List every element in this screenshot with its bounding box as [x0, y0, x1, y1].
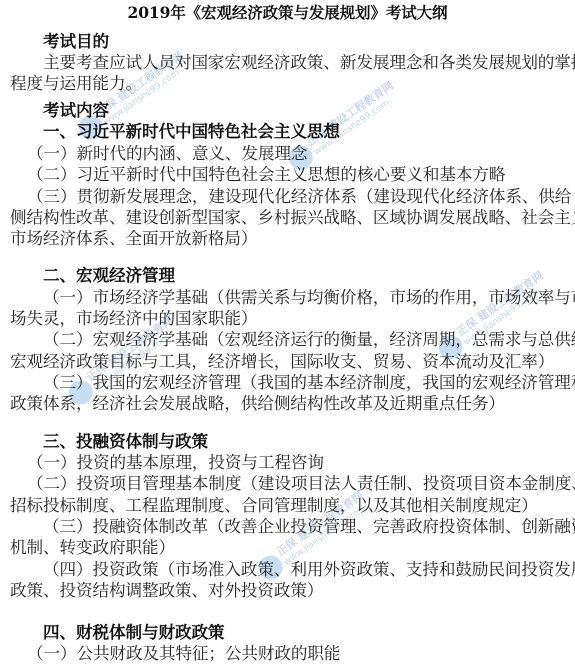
- part-heading-2: 二、宏观经济管理: [43, 265, 575, 286]
- purpose-text-line: 主要考查应试人员对国家宏观经济政策、新发展理念和各类发展规划的掌握: [43, 52, 575, 73]
- part-2-item-cont: 场失灵，市场经济中的国家职能）: [10, 308, 575, 329]
- part-3-item-cont: 政策、投资结构调整政策、对外投资政策）: [10, 580, 575, 601]
- section-heading-purpose: 考试目的: [43, 31, 575, 52]
- part-1-item: （三）贯彻新发展理念，建设现代化经济体系（建设现代化经济体系、供给: [27, 186, 575, 207]
- part-4-item: （一）公共财政及其特征；公共财政的职能: [27, 643, 575, 664]
- part-3-item: （一）投资的基本原理，投资与工程咨询: [27, 452, 575, 473]
- part-3-item-cont: 机制、转变政府职能）: [10, 537, 575, 558]
- part-1-item-cont: 市场经济体系、全面开放新格局）: [10, 228, 575, 249]
- document-title: 2019年《宏观经济政策与发展规划》考试大纲: [0, 2, 575, 23]
- part-1-item: （二）习近平新时代中国特色社会主义思想的核心要义和基本方略: [27, 164, 575, 185]
- part-3-item: （三）投融资体制改革（改善企业投资管理、完善政府投资体制、创新融资: [43, 516, 575, 537]
- part-2-item-cont: 宏观经济政策目标与工具，经济增长，国际收支、贸易、资本流动及汇率）: [10, 351, 575, 372]
- part-1-item-cont: 侧结构性改革、建设创新型国家、乡村振兴战略、区域协调发展战略、社会主义: [10, 207, 575, 228]
- part-2-item: （一）市场经济学基础（供需关系与均衡价格，市场的作用，市场效率与市: [43, 287, 575, 308]
- exam-outline-document: 正保 建设工程教育网 www.jianshe99.com 正保 建设工程教育网 …: [0, 0, 575, 664]
- part-heading-4: 四、财税体制与财政政策: [43, 622, 575, 643]
- part-3-item: （四）投资政策（市场准入政策、利用外资政策、支持和鼓励民间投资发展: [43, 559, 575, 580]
- part-heading-1: 一、习近平新时代中国特色社会主义思想: [43, 121, 575, 142]
- part-2-item-cont: 政策体系，经济社会发展战略，供给侧结构性改革及近期重点任务）: [10, 393, 575, 414]
- purpose-text-line: 程度与运用能力。: [10, 73, 575, 94]
- section-heading-content: 考试内容: [43, 100, 575, 121]
- part-2-item: （二）宏观经济学基础（宏观经济运行的衡量，经济周期，总需求与总供给，: [43, 329, 575, 350]
- part-1-item: （一）新时代的内涵、意义、发展理念: [27, 143, 575, 164]
- part-2-item: （三）我国的宏观经济管理（我国的基本经济制度，我国的宏观经济管理和: [43, 372, 575, 393]
- part-heading-3: 三、投融资体制与政策: [43, 431, 575, 452]
- part-3-item-cont: 招标投标制度、工程监理制度、合同管理制度，以及其他相关制度规定）: [10, 495, 575, 516]
- part-3-item: （二）投资项目管理基本制度（建设项目法人责任制、投资项目资本金制度、: [27, 473, 575, 494]
